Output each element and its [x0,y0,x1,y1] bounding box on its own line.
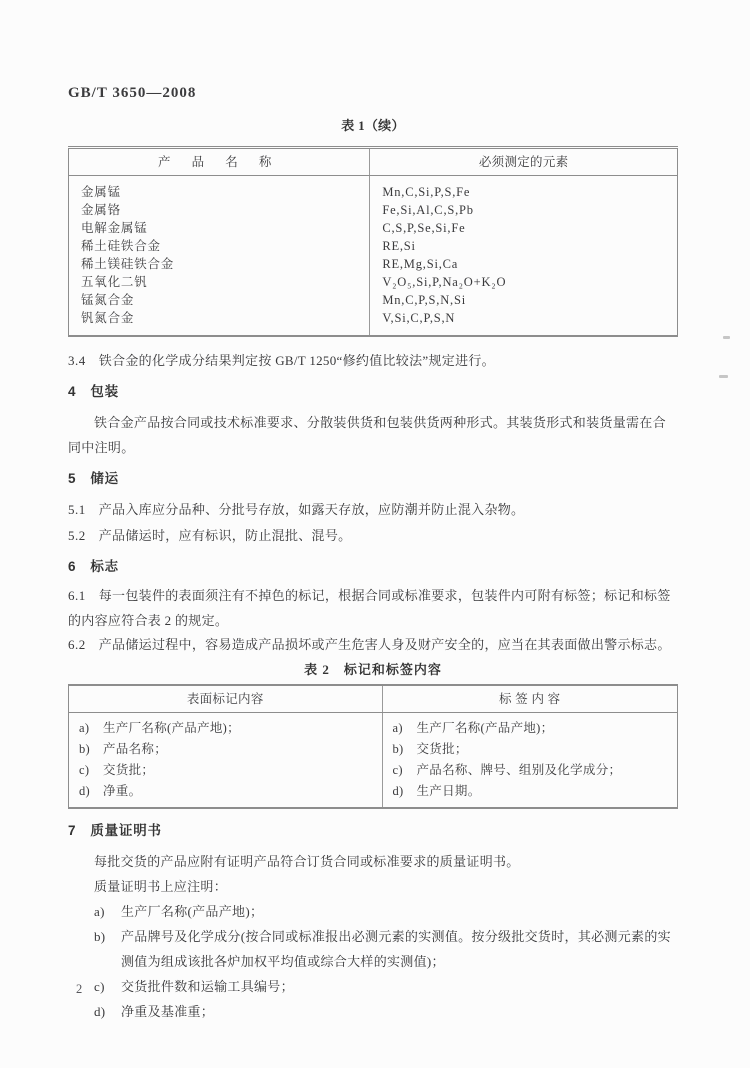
section-number: 5 [68,471,76,486]
scan-artifact-mark [719,375,728,378]
product-name-cell: 稀土镁硅铁合金 [69,255,370,273]
clause-number: 5.1 [68,502,86,517]
elements-cell: Fe,Si,Al,C,S,Pb [370,201,678,219]
table1-header-elements: 必须测定的元素 [370,148,678,176]
product-name-cell: 钒氮合金 [69,309,370,336]
list-item: a) 生产厂名称(产品产地)； [94,899,678,924]
clause-number: 3.4 [68,353,86,368]
section-7-paragraph-1: 每批交货的产品应附有证明产品符合订货合同或标准要求的质量证明书。 [68,849,678,874]
section-heading-5: 5储运 [68,469,678,489]
table-row: 钒氮合金 V,Si,C,P,S,N [69,309,678,336]
item-label: a) [94,899,121,924]
table-row: d)净重。 d)生产日期。 [69,780,678,808]
clause-text: 产品储运过程中，容易造成产品损坏或产生危害人身及财产安全的，应当在其表面做出警示… [99,637,671,652]
item-label: b) [393,741,417,757]
section-number: 4 [68,384,76,399]
section-number: 6 [68,559,76,574]
table2-caption: 表 2 标记和标签内容 [68,662,678,678]
item-text: 产品牌号及化学成分(按合同或标准报出必测元素的实测值。按分级批交货时，其必测元素… [121,924,678,974]
clause-text: 产品储运时，应有标识，防止混批、混号。 [99,528,352,543]
elements-cell: C,S,P,Se,Si,Fe [370,219,678,237]
section-title: 包装 [90,384,119,399]
item-label: d) [79,783,103,799]
section-heading-7: 7质量证明书 [68,821,678,841]
clause-5-2: 5.2产品储运时，应有标识，防止混批、混号。 [68,523,678,549]
item-text: 产品名称； [103,742,167,756]
table1-header-row: 产 品 名 称 必须测定的元素 [69,148,678,176]
item-label: c) [94,974,121,999]
item-text: 交货批件数和运输工具编号； [121,974,678,999]
table-row: 金属锰 Mn,C,Si,P,S,Fe [69,176,678,202]
surface-mark-cell: d)净重。 [69,780,383,808]
section-heading-4: 4包装 [68,382,678,402]
list-item: b) 产品牌号及化学成分(按合同或标准报出必测元素的实测值。按分级批交货时，其必… [94,924,678,974]
item-label: c) [79,762,103,778]
item-text: 净重及基准重； [121,999,678,1024]
clause-text: 产品入库应分品种、分批号存放，如露天存放，应防潮并防止混入杂物。 [99,502,525,517]
clause-3-4: 3.4铁合金的化学成分结果判定按 GB/T 1250“修约值比较法”规定进行。 [68,349,678,373]
product-name-cell: 电解金属锰 [69,219,370,237]
table-row: 锰氮合金 Mn,C,P,S,N,Si [69,291,678,309]
clause-6-2: 6.2产品储运过程中，容易造成产品损坏或产生危害人身及财产安全的，应当在其表面做… [68,633,678,658]
product-name-cell: 金属铬 [69,201,370,219]
table2-header-label-content: 标 签 内 容 [382,685,678,713]
item-text: 生产厂名称(产品产地)； [417,721,554,735]
table-row: 五氧化二钒 V₂O₅,Si,P,Na₂O+K₂O [69,273,678,291]
list-item: c) 交货批件数和运输工具编号； [94,974,678,999]
clause-text: 铁合金的化学成分结果判定按 GB/T 1250“修约值比较法”规定进行。 [99,353,495,368]
elements-cell: Mn,C,Si,P,S,Fe [370,176,678,202]
elements-cell: Mn,C,P,S,N,Si [370,291,678,309]
page-number: 2 [76,982,83,997]
table2-header-surface-marks: 表面标记内容 [69,685,383,713]
section-4-paragraph: 铁合金产品按合同或技术标准要求、分散装供货和包装供货两种形式。其装货形式和装货量… [68,410,678,460]
table2-marks-and-labels: 表面标记内容 标 签 内 容 a)生产厂名称(产品产地)； a)生产厂名称(产品… [68,684,678,809]
elements-cell: RE,Mg,Si,Ca [370,255,678,273]
table-row: c)交货批； c)产品名称、牌号、组别及化学成分； [69,759,678,780]
table1-required-elements: 产 品 名 称 必须测定的元素 金属锰 Mn,C,Si,P,S,Fe 金属铬 F… [68,146,678,337]
product-name-cell: 锰氮合金 [69,291,370,309]
standard-number: GB/T 3650—2008 [68,84,678,102]
table-row: b)产品名称； b)交货批； [69,738,678,759]
item-text: 生产厂名称(产品产地)； [121,899,678,924]
clause-number: 6.2 [68,637,86,652]
item-text: 生产日期。 [417,784,481,798]
item-text: 生产厂名称(产品产地)； [103,721,240,735]
item-label: c) [393,762,417,778]
label-content-cell: a)生产厂名称(产品产地)； [382,712,678,738]
elements-cell: V,Si,C,P,S,N [370,309,678,336]
item-text: 交货批； [417,742,468,756]
item-text: 净重。 [103,784,141,798]
product-name-cell: 稀土硅铁合金 [69,237,370,255]
section-title: 标志 [90,559,119,574]
label-content-cell: d)生产日期。 [382,780,678,808]
document-page: GB/T 3650—2008 表 1（续） 产 品 名 称 必须测定的元素 金属… [0,0,750,1068]
elements-cell: V₂O₅,Si,P,Na₂O+K₂O [370,273,678,291]
table2-header-row: 表面标记内容 标 签 内 容 [69,685,678,713]
surface-mark-cell: c)交货批； [69,759,383,780]
clause-6-1: 6.1每一包装件的表面须注有不掉色的标记，根据合同或标准要求，包装件内可附有标签… [68,584,678,633]
table-row: a)生产厂名称(产品产地)； a)生产厂名称(产品产地)； [69,712,678,738]
table-row: 金属铬 Fe,Si,Al,C,S,Pb [69,201,678,219]
scan-artifact-mark [723,336,730,339]
product-name-cell: 五氧化二钒 [69,273,370,291]
list-item: d) 净重及基准重； [94,999,678,1024]
item-label: a) [79,720,103,736]
section-number: 7 [68,823,76,838]
item-label: b) [79,741,103,757]
clause-5-1: 5.1产品入库应分品种、分批号存放，如露天存放，应防潮并防止混入杂物。 [68,497,678,523]
label-content-cell: c)产品名称、牌号、组别及化学成分； [382,759,678,780]
elements-cell: RE,Si [370,237,678,255]
item-label: a) [393,720,417,736]
product-name-cell: 金属锰 [69,176,370,202]
item-label: d) [94,999,121,1024]
section-heading-6: 6标志 [68,557,678,577]
label-content-cell: b)交货批； [382,738,678,759]
section-title: 储运 [90,471,119,486]
table-row: 稀土镁硅铁合金 RE,Mg,Si,Ca [69,255,678,273]
surface-mark-cell: b)产品名称； [69,738,383,759]
item-text: 交货批； [103,763,154,777]
table-row: 稀土硅铁合金 RE,Si [69,237,678,255]
clause-number: 5.2 [68,528,86,543]
clause-number: 6.1 [68,588,86,603]
table-row: 电解金属锰 C,S,P,Se,Si,Fe [69,219,678,237]
table1-header-product-name: 产 品 名 称 [69,148,370,176]
surface-mark-cell: a)生产厂名称(产品产地)； [69,712,383,738]
item-label: b) [94,924,121,974]
item-text: 产品名称、牌号、组别及化学成分； [417,763,622,777]
section-7-paragraph-2: 质量证明书上应注明： [68,874,678,899]
section-title: 质量证明书 [90,823,162,838]
clause-text: 每一包装件的表面须注有不掉色的标记，根据合同或标准要求，包装件内可附有标签；标记… [68,588,671,628]
table1-caption: 表 1（续） [68,118,678,134]
item-label: d) [393,783,417,799]
